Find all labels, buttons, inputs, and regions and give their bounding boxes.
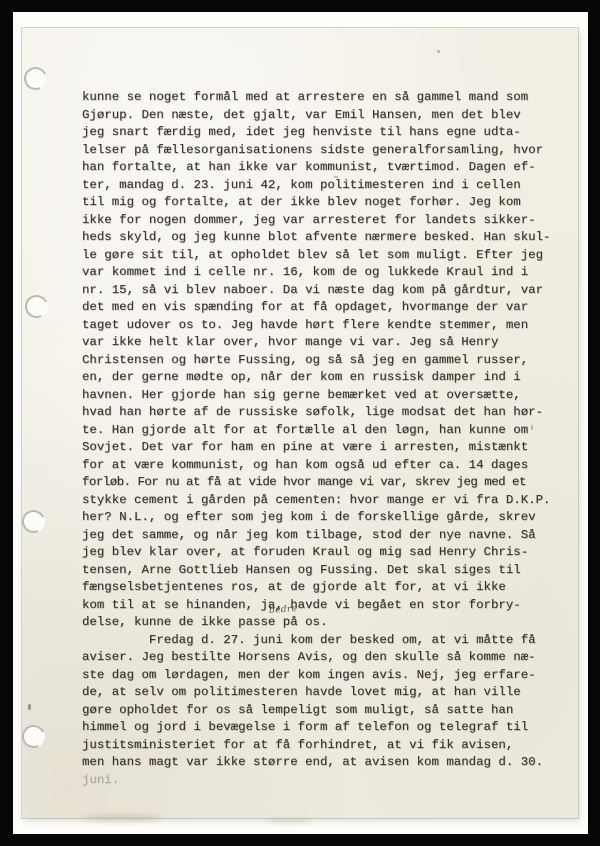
text-line: gøre opholdet for os så lempeligt som mu… — [82, 702, 568, 720]
text-line: havnen. Her gjorde han sig gerne bemærke… — [82, 387, 568, 405]
text-line: det med en vis spænding for at få opdage… — [82, 299, 568, 317]
text-line: aviser. Jeg bestilte Horsens Avis, og de… — [82, 649, 568, 667]
text-line: jeg snart færdig med, idet jeg henviste … — [82, 124, 568, 142]
text-line: var kommet ind i celle nr. 16, kom de og… — [82, 264, 568, 282]
paper-speck — [334, 176, 338, 178]
paper-speck — [28, 704, 31, 710]
text-line: jeg det samme, og når jeg kom tilbage, s… — [82, 527, 568, 545]
text-line: delse, kunne de ikke passe på os. — [82, 614, 568, 632]
text-line: for at være kommunist, og han kom også u… — [82, 457, 568, 475]
punch-hole — [19, 507, 48, 536]
typewritten-text: kunne se noget formål med at arrestere e… — [82, 89, 568, 789]
paper-smudge — [267, 818, 312, 823]
text-line: Gjørup. Den næste, det gjalt, var Emil H… — [82, 107, 568, 125]
text-line: heds skyld, og jeg kunne blot afvente næ… — [82, 229, 568, 247]
paper-speck — [437, 50, 440, 53]
text-line: Fredag d. 27. juni kom der besked om, at… — [82, 632, 568, 650]
text-line: lelser på fællesorganisationens sidste g… — [82, 142, 568, 160]
text-line: han fortalte, at han ikke var kommunist,… — [82, 159, 568, 177]
text-line: juni. — [82, 772, 568, 790]
text-line: nr. 15, så vi blev naboer. Da vi næste d… — [82, 282, 568, 300]
text-line: stykke cement i gården på cementen: hvor… — [82, 492, 568, 510]
punch-hole — [21, 64, 50, 93]
text-line: her? N.L., og efter som jeg kom i de for… — [82, 509, 568, 527]
text-line: var ikke helt klar over, hvor mange vi v… — [82, 334, 568, 352]
text-line: kom til at se hinanden, ja, havde vi beg… — [82, 597, 568, 615]
text-line: fængselsbetjentenes ros, at de gjorde al… — [82, 579, 568, 597]
handwritten-annotation: bedre — [269, 604, 298, 616]
paper-speck — [531, 425, 533, 430]
text-line: justitsministeriet for at få forhindret,… — [82, 737, 568, 755]
paper-smudge — [82, 814, 162, 822]
text-line: hvad han hørte af de russiske søfolk, li… — [82, 404, 568, 422]
scanned-document-page: kunne se noget formål med at arrestere e… — [0, 0, 600, 846]
text-line: ste dag om lørdagen, men der kom ingen a… — [82, 667, 568, 685]
text-line: de, at selv om politimesteren havde love… — [82, 684, 568, 702]
text-line: ikke for nogen dommer, jeg var arrestere… — [82, 212, 568, 230]
text-line: te. Han gjorde alt for at fortælle al de… — [82, 422, 568, 440]
punch-hole — [22, 292, 51, 321]
text-line: forløb. For nu at få at vide hvor mange … — [82, 474, 568, 492]
text-line: kunne se noget formål med at arrestere e… — [82, 89, 568, 107]
scan-backing: kunne se noget formål med at arrestere e… — [13, 12, 588, 834]
text-line: jeg blev klar over, at foruden Kraul og … — [82, 544, 568, 562]
paper-sheet: kunne se noget formål med at arrestere e… — [22, 28, 578, 818]
text-line: taget udover os to. Jeg havde hørt flere… — [82, 317, 568, 335]
text-line: Sovjet. Det var for ham en pine at være … — [82, 439, 568, 457]
text-line: le gøre sit til, at opholdet blev så let… — [82, 247, 568, 265]
text-line: til mig og fortalte, at der ikke blev no… — [82, 194, 568, 212]
text-line: men hans magt var ikke større end, at av… — [82, 754, 568, 772]
text-line: tensen, Arne Gottlieb Hansen og Fussing.… — [82, 562, 568, 580]
text-line: himmel og jord i bevægelse i form af tel… — [82, 719, 568, 737]
punch-hole — [19, 722, 48, 751]
text-line: Christensen og hørte Fussing, og så så j… — [82, 352, 568, 370]
text-line: en, der gerne mødte op, når der kom en r… — [82, 369, 568, 387]
text-line: ter, mandag d. 23. juni 42, kom politime… — [82, 177, 568, 195]
